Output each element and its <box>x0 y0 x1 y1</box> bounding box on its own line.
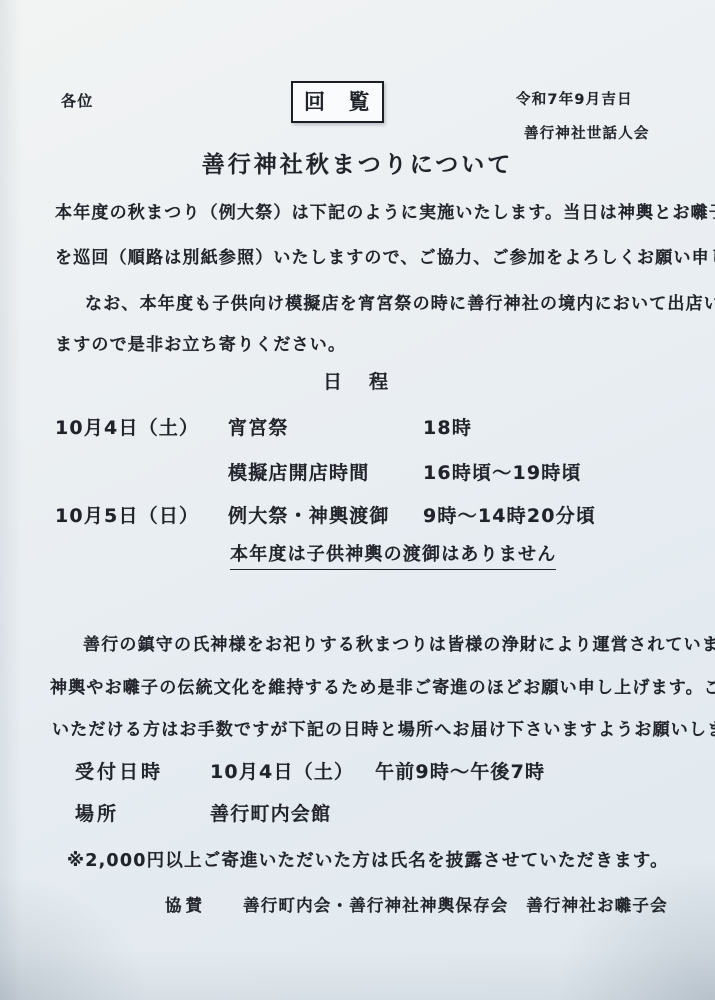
intro-paragraph-1-line-1: 本年度の秋まつり（例大祭）は下記のように実施いたします。当日は神輿とお囃子で町内 <box>55 198 715 223</box>
donation-paragraph-line-1: 善行の鎮守の氏神様をお祀りする秋まつりは皆様の浄財により運営されています。 <box>83 630 715 655</box>
recipient-label: 各位 <box>61 90 93 111</box>
reception-place-label: 場所 <box>75 799 119 826</box>
schedule-event: 宵宮祭 <box>228 413 289 440</box>
donation-paragraph-line-3: いただける方はお手数ですが下記の日時と場所へお届け下さいますようお願いします。 <box>52 715 715 740</box>
reception-place: 善行町内会館 <box>210 799 331 826</box>
schedule-row: 10月5日（日） 例大祭・神輿渡御 9時～14時20分頃 <box>0 501 715 531</box>
reception-time: 午前9時～午後7時 <box>375 757 545 784</box>
schedule-event: 模擬店開店時間 <box>228 458 369 485</box>
intro-paragraph-2-line-2: ますので是非お立ち寄りください。 <box>55 330 346 355</box>
document-page: 各位 回 覧 令和7年9月吉日 善行神社世話人会 善行神社秋まつりについて 本年… <box>0 0 715 1000</box>
intro-paragraph-2-line-1: なお、本年度も子供向け模擬店を宵宮祭の時に善行神社の境内において出店いたし <box>85 289 715 314</box>
sponsor-names: 善行町内会・善行神社神輿保存会 善行神社お囃子会 <box>243 892 668 916</box>
schedule-time: 16時頃～19時頃 <box>423 458 582 485</box>
donation-paragraph-line-2: 神輿やお囃子の伝統文化を維持するため是非ご寄進のほどお願い申し上げます。ご寄進 <box>50 673 715 698</box>
reception-date: 10月4日（土） <box>210 757 354 784</box>
schedule-row: 10月4日（土） 宵宮祭 18時 <box>0 413 715 443</box>
schedule-heading: 日 程 <box>0 367 715 394</box>
reception-datetime-row: 受付日時 10月4日（土） 午前9時～午後7時 <box>0 757 715 787</box>
circulation-stamp: 回 覧 <box>291 81 384 123</box>
schedule-date: 10月4日（土） <box>55 413 199 440</box>
reception-place-row: 場所 善行町内会館 <box>0 799 715 829</box>
schedule-event: 例大祭・神輿渡御 <box>228 501 390 528</box>
issuer-name: 善行神社世話人会 <box>524 122 650 143</box>
schedule-date: 10月5日（日） <box>55 501 199 528</box>
donation-disclosure-note: ※2,000円以上ご寄進いただいた方は氏名を披露させていただきます。 <box>67 847 669 872</box>
schedule-time: 9時～14時20分頃 <box>423 501 596 528</box>
intro-paragraph-1-line-2: を巡回（順路は別紙参照）いたしますので、ご協力、ご参加をよろしくお願い申し上げま… <box>55 243 715 268</box>
schedule-row: 模擬店開店時間 16時頃～19時頃 <box>0 458 715 488</box>
issue-date: 令和7年9月吉日 <box>516 88 633 109</box>
reception-datetime-label: 受付日時 <box>75 757 163 784</box>
sponsor-label: 協賛 <box>165 892 206 916</box>
schedule-note-underlined: 本年度は子供神輿の渡御はありません <box>230 540 556 570</box>
sponsor-row: 協賛 善行町内会・善行神社神輿保存会 善行神社お囃子会 <box>0 892 715 920</box>
schedule-time: 18時 <box>423 413 472 440</box>
document-title: 善行神社秋まつりについて <box>0 146 715 179</box>
